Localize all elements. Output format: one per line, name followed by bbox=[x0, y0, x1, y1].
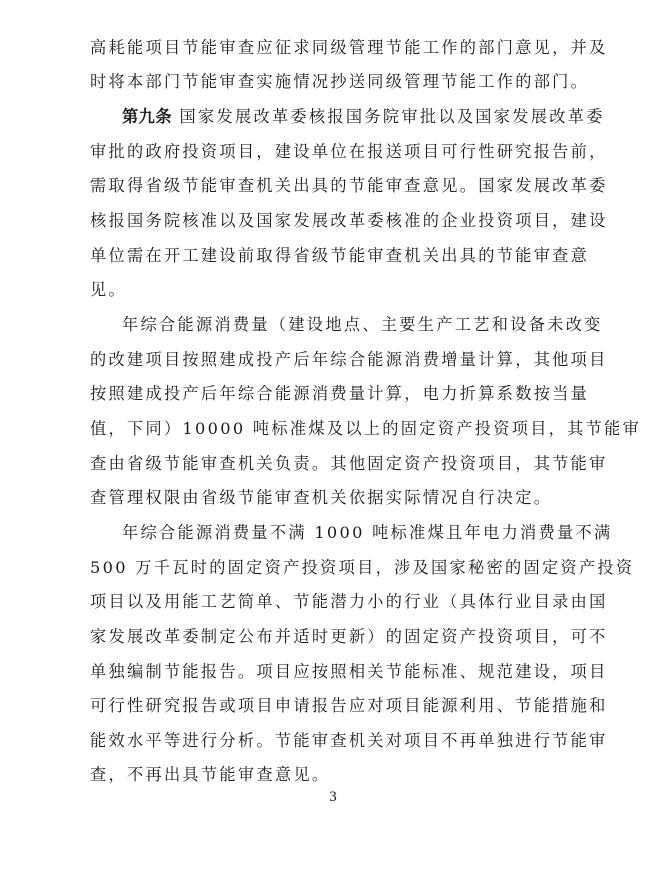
text-line: 按照建成投产后年综合能源消费量计算，电力折算系数按当量 bbox=[90, 377, 580, 411]
document-page: 高耗能项目节能审查应征求同级管理节能工作的部门意见，并及 时将本部门节能审查实施… bbox=[0, 0, 666, 884]
text-line: 家发展改革委制定公布并适时更新）的固定资产投资项目，可不 bbox=[90, 620, 580, 654]
text-line: 查管理权限由省级节能审查机关依据实际情况自行决定。 bbox=[90, 481, 580, 515]
text-line: 单位需在开工建设前取得省级节能审查机关出具的节能审查意 bbox=[90, 239, 580, 273]
text-line: 的改建项目按照建成投产后年综合能源消费增量计算，其他项目 bbox=[90, 343, 580, 377]
text-line: 查由省级节能审查机关负责。其他固定资产投资项目，其节能审 bbox=[90, 447, 580, 481]
text-line: 年综合能源消费量不满 1000 吨标准煤且年电力消费量不满 bbox=[122, 516, 580, 550]
text-line: 查，不再出具节能审查意见。 bbox=[90, 758, 580, 792]
text-line: 项目以及用能工艺简单、节能潜力小的行业（具体行业目录由国 bbox=[90, 585, 580, 619]
text-line: 值，下同）10000 吨标准煤及以上的固定资产投资项目，其节能审 bbox=[90, 412, 580, 446]
text-line: 单独编制节能报告。项目应按照相关节能标准、规范建设，项目 bbox=[90, 655, 580, 689]
article-heading-line: 第九条 国家发展改革委核报国务院审批以及国家发展改革委 bbox=[122, 100, 580, 134]
text-line: 核报国务院核准以及国家发展改革委核准的企业投资项目，建设 bbox=[90, 204, 580, 238]
text-line: 高耗能项目节能审查应征求同级管理节能工作的部门意见，并及 bbox=[90, 31, 580, 65]
page-number: 3 bbox=[0, 789, 666, 806]
text-line: 500 万千瓦时的固定资产投资项目，涉及国家秘密的固定资产投资 bbox=[90, 551, 580, 585]
text-line: 年综合能源消费量（建设地点、主要生产工艺和设备未改变 bbox=[122, 308, 580, 342]
article-text: 国家发展改革委核报国务院审批以及国家发展改革委 bbox=[172, 107, 605, 126]
text-line: 审批的政府投资项目，建设单位在报送项目可行性研究报告前， bbox=[90, 135, 580, 169]
article-number: 第九条 bbox=[122, 107, 172, 126]
text-line: 需取得省级节能审查机关出具的节能审查意见。国家发展改革委 bbox=[90, 169, 580, 203]
text-line: 能效水平等进行分析。节能审查机关对项目不再单独进行节能审 bbox=[90, 724, 580, 758]
text-line: 见。 bbox=[90, 273, 580, 307]
text-line: 时将本部门节能审查实施情况抄送同级管理节能工作的部门。 bbox=[90, 65, 580, 99]
text-line: 可行性研究报告或项目申请报告应对项目能源利用、节能措施和 bbox=[90, 689, 580, 723]
